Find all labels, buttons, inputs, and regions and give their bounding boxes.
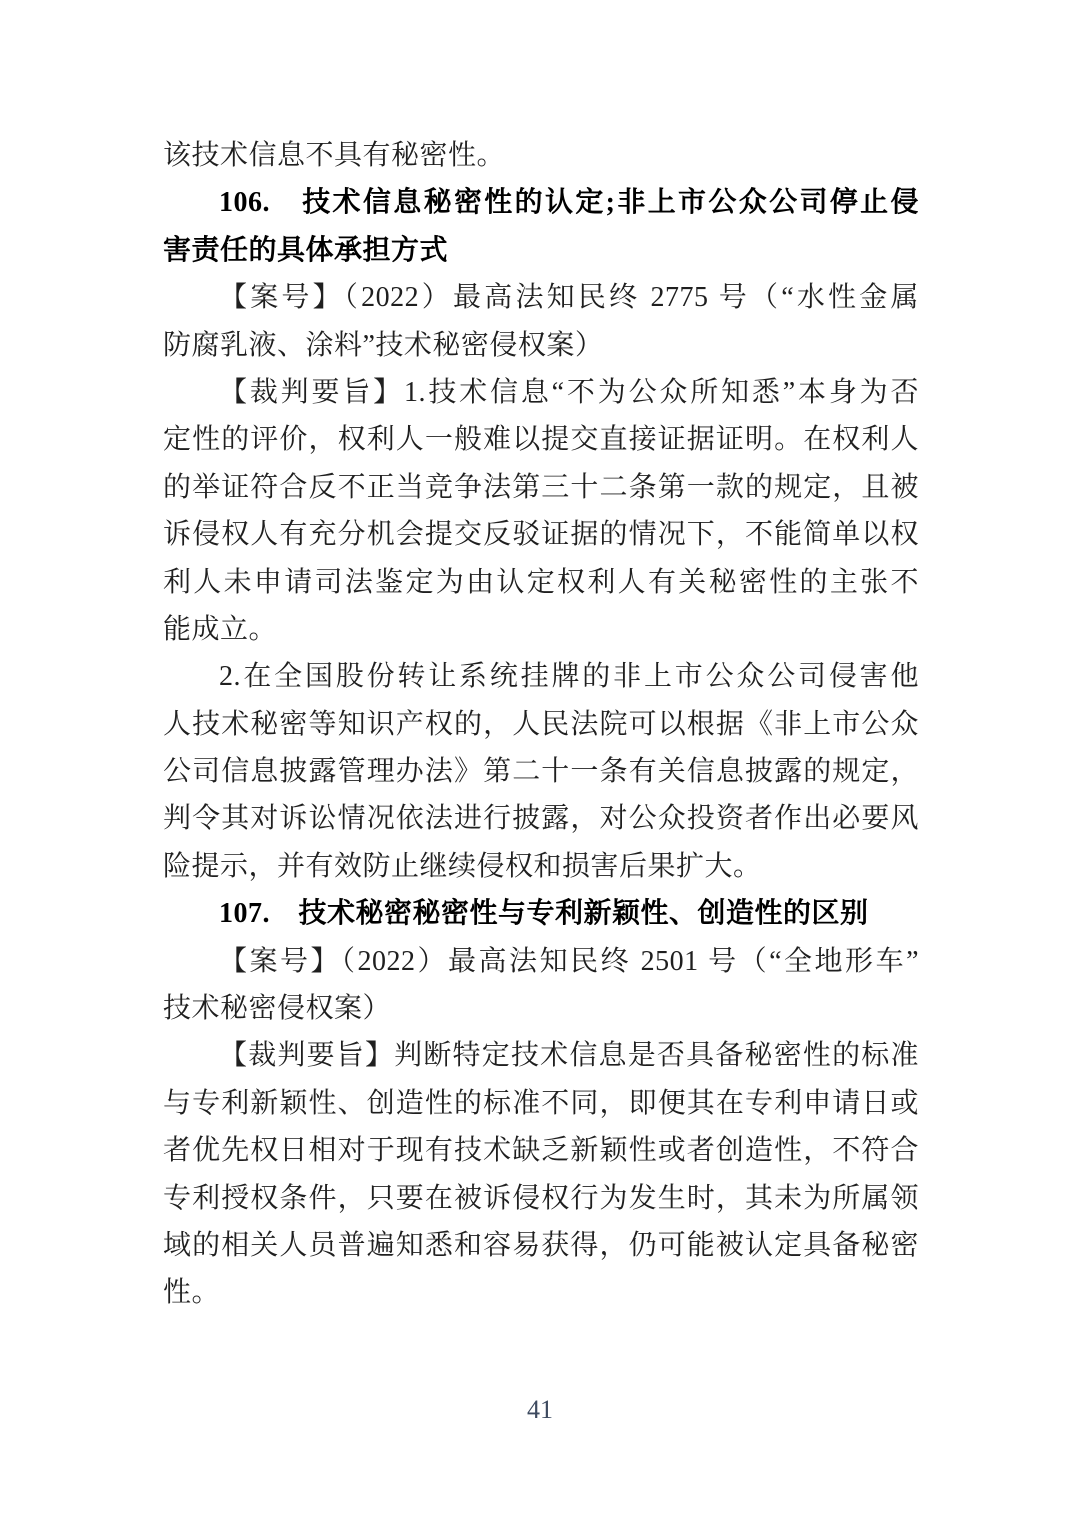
holding-106-point2-line-5: 险提示，并有效防止继续侵权和损害后果扩大。 (163, 843, 919, 890)
paragraph-continuation-line: 该技术信息不具有秘密性。 (163, 132, 919, 179)
case-number-106-line-2: 防腐乳液、涂料”技术秘密侵权案） (163, 322, 919, 369)
case-number-107-line-2: 技术秘密侵权案） (163, 985, 919, 1032)
heading-106-line-1: 106. 技术信息秘密性的认定;非上市公众公司停止侵 (163, 179, 919, 226)
document-text-block: 该技术信息不具有秘密性。 106. 技术信息秘密性的认定;非上市公众公司停止侵 … (163, 132, 919, 1317)
holding-106-line-3: 的举证符合反不正当竞争法第三十二条第一款的规定，且被 (163, 464, 919, 511)
page-number: 41 (0, 1392, 1080, 1428)
holding-106-line-1: 【裁判要旨】1.技术信息“不为公众所知悉”本身为否 (163, 369, 919, 416)
holding-106-point2-line-3: 公司信息披露管理办法》第二十一条有关信息披露的规定， (163, 748, 919, 795)
holding-107-line-4: 专利授权条件，只要在被诉侵权行为发生时，其未为所属领 (163, 1175, 919, 1222)
document-page: 该技术信息不具有秘密性。 106. 技术信息秘密性的认定;非上市公众公司停止侵 … (0, 0, 1080, 1527)
holding-106-point2-line-1: 2.在全国股份转让系统挂牌的非上市公众公司侵害他 (163, 653, 919, 700)
holding-107-line-5: 域的相关人员普遍知悉和容易获得，仍可能被认定具备秘密 (163, 1222, 919, 1269)
heading-107-line-1: 107. 技术秘密秘密性与专利新颖性、创造性的区别 (163, 890, 919, 937)
holding-107-line-1: 【裁判要旨】判断特定技术信息是否具备秘密性的标准 (163, 1032, 919, 1079)
heading-106-line-2: 害责任的具体承担方式 (163, 227, 919, 274)
holding-106-point2-line-4: 判令其对诉讼情况依法进行披露，对公众投资者作出必要风 (163, 795, 919, 842)
holding-106-line-2: 定性的评价，权利人一般难以提交直接证据证明。在权利人 (163, 416, 919, 463)
holding-107-line-2: 与专利新颖性、创造性的标准不同，即便其在专利申请日或 (163, 1080, 919, 1127)
holding-106-line-4: 诉侵权人有充分机会提交反驳证据的情况下，不能简单以权 (163, 511, 919, 558)
holding-106-line-6: 能成立。 (163, 606, 919, 653)
holding-106-point2-line-2: 人技术秘密等知识产权的，人民法院可以根据《非上市公众 (163, 701, 919, 748)
holding-106-line-5: 利人未申请司法鉴定为由认定权利人有关秘密性的主张不 (163, 559, 919, 606)
holding-107-line-6: 性。 (163, 1269, 919, 1316)
case-number-106-line-1: 【案号】（2022）最高法知民终 2775 号（“水性金属 (163, 274, 919, 321)
holding-107-line-3: 者优先权日相对于现有技术缺乏新颖性或者创造性，不符合 (163, 1127, 919, 1174)
case-number-107-line-1: 【案号】（2022）最高法知民终 2501 号（“全地形车” (163, 938, 919, 985)
